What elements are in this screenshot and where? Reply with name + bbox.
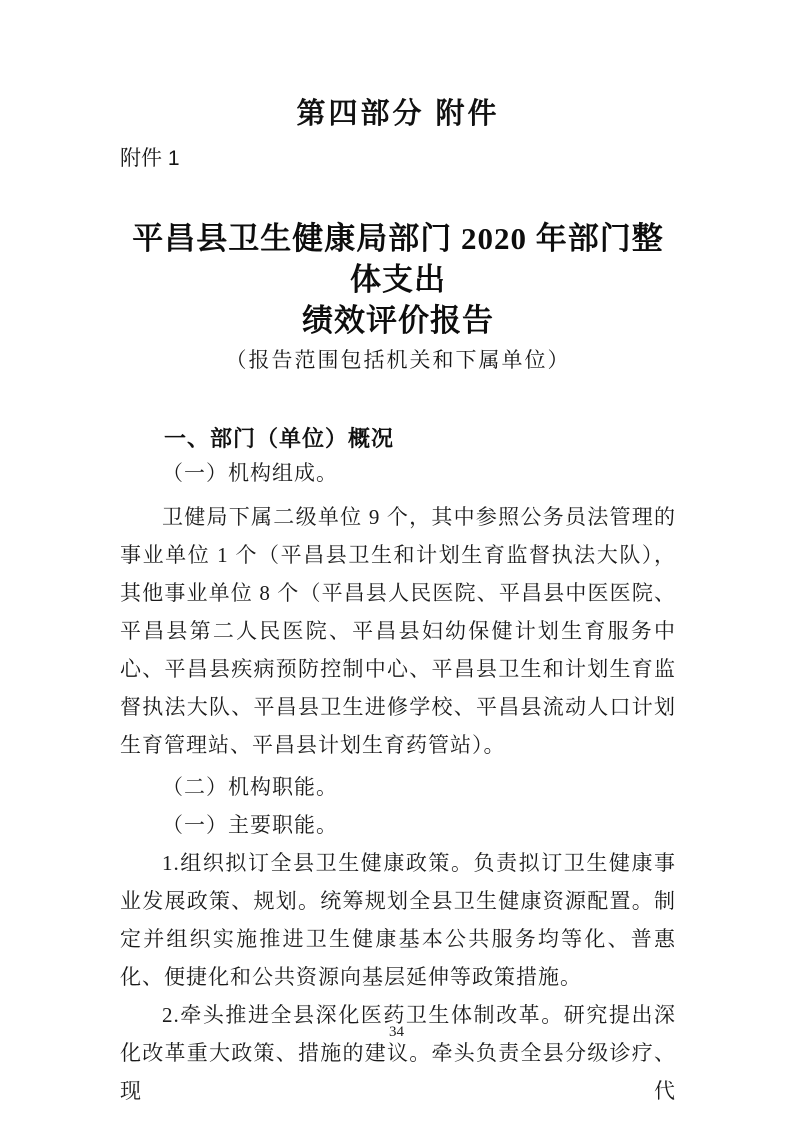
report-title-line1: 平昌县卫生健康局部门 2020 年部门整体支出 — [120, 218, 676, 300]
report-subtitle: （报告范围包括机关和下属单位） — [120, 346, 676, 374]
sub-heading-org-functions: （二）机构职能。 — [120, 768, 676, 806]
report-title-line2: 绩效评价报告 — [120, 300, 676, 341]
paragraph-function-1: 1.组织拟订全县卫生健康政策。负责拟订卫生健康事业发展政策、规划。统筹规划全县卫… — [120, 844, 676, 996]
section-heading-overview: 一、部门（单位）概况 — [120, 424, 676, 454]
sub-heading-main-functions: （一）主要职能。 — [120, 806, 676, 844]
sub-heading-org-composition: （一）机构组成。 — [120, 454, 676, 492]
paragraph-org-composition: 卫健局下属二级单位 9 个，其中参照公务员法管理的事业单位 1 个（平昌县卫生和… — [120, 498, 676, 764]
report-title: 平昌县卫生健康局部门 2020 年部门整体支出 绩效评价报告 — [120, 218, 676, 341]
part-heading: 第四部分 附件 — [120, 96, 676, 132]
paragraph-function-2: 2.牵头推进全县深化医药卫生体制改革。研究提出深化改革重大政策、措施的建议。牵头… — [120, 996, 676, 1110]
page-number: 34 — [0, 1022, 793, 1042]
document-page: 第四部分 附件 附件 1 平昌县卫生健康局部门 2020 年部门整体支出 绩效评… — [0, 0, 793, 1122]
attachment-label: 附件 1 — [120, 145, 676, 173]
